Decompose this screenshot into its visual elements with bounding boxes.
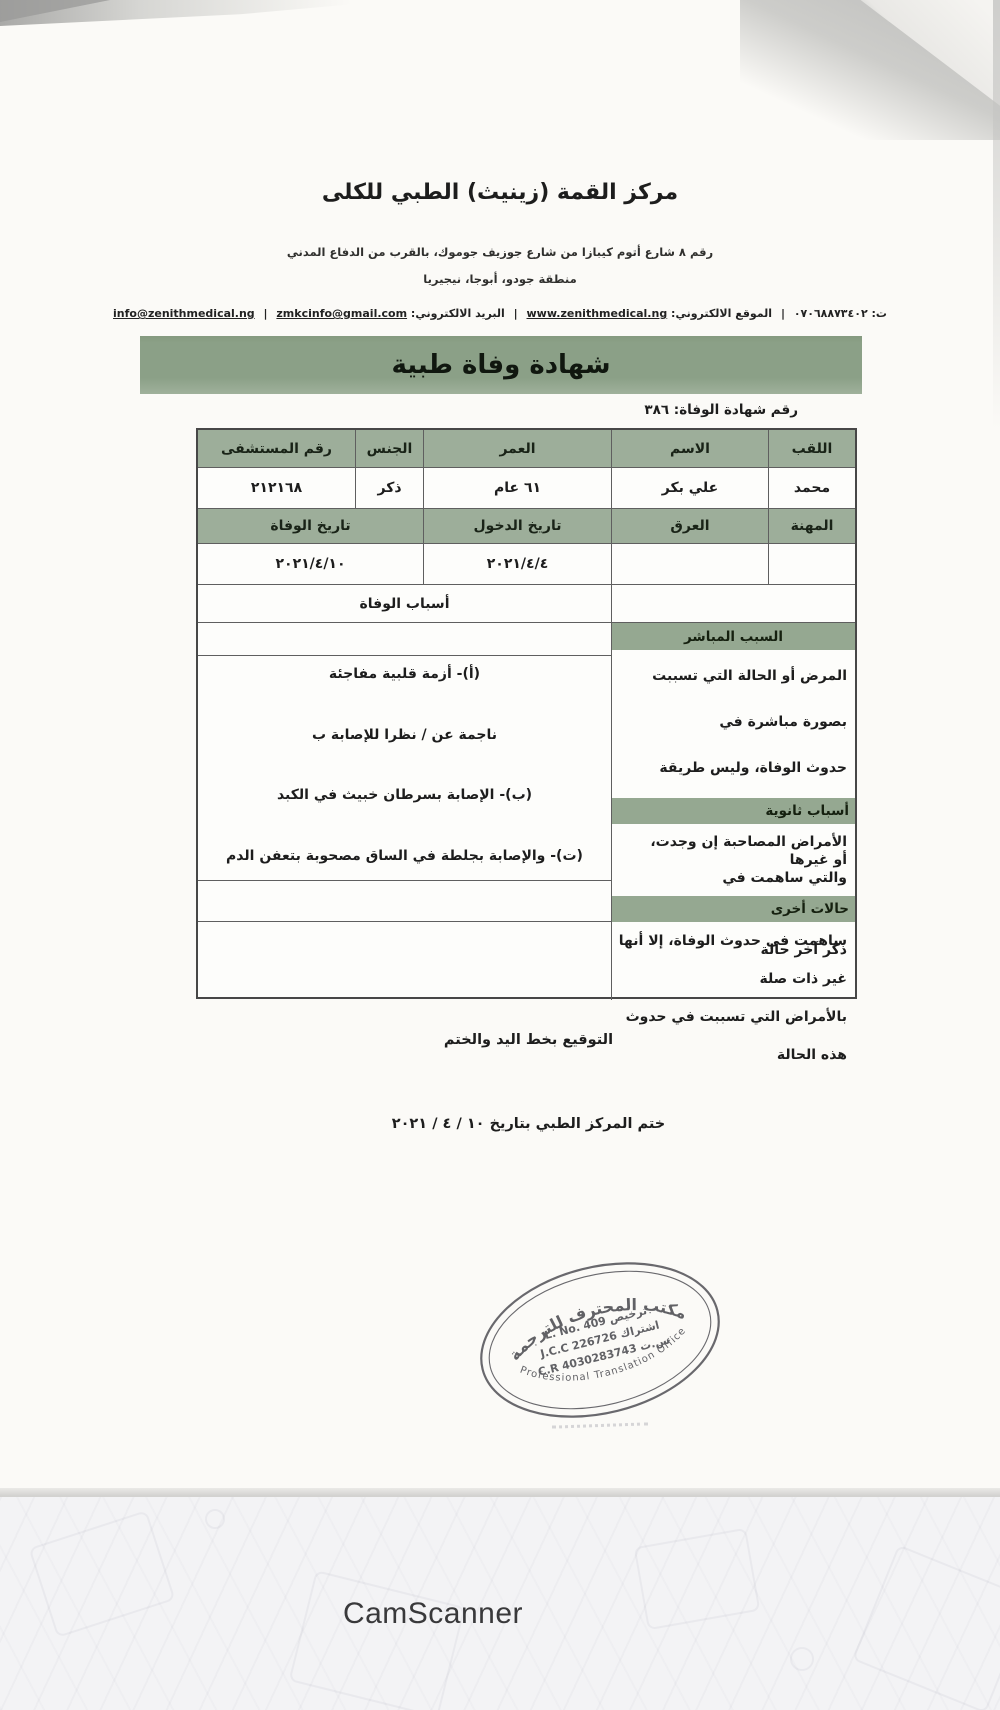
- header-age: العمر: [423, 430, 611, 467]
- other-conditions-description: ساهمت في حدوث الوفاة، إلا أنها غير ذات ص…: [612, 922, 855, 1000]
- value-death-date: ٢٠٢١/٤/١٠: [198, 544, 423, 584]
- translation-office-stamp: مكتب المحترف للترجمة L. No. 409 ترخيص J.…: [466, 1246, 734, 1430]
- camscanner-footer: CamScanner: [0, 1497, 1000, 1710]
- direct-cause-header: السبب المباشر: [612, 623, 855, 650]
- table-row-headers-2: المهنة العرق تاريخ الدخول تاريخ الوفاة: [198, 509, 855, 544]
- header-name: الاسم: [611, 430, 768, 467]
- direct-cause-description: المرض أو الحالة التي تسببت بصورة مباشرة …: [612, 650, 855, 798]
- causes-detail-area: السبب المباشر المرض أو الحالة التي تسببت…: [198, 623, 855, 997]
- cause-c: (ت)- والإصابة بجلطة في الساق مصحوبة بتعف…: [198, 848, 611, 864]
- table-row-values-1: محمد علي بكر ٦١ عام ذكر ٢١٢١٦٨: [198, 468, 855, 509]
- cause-entries-cell: (أ)- أزمة قلبية مفاجئة ناجمة عن / نظرا ل…: [198, 656, 611, 881]
- secondary-causes-header: أسباب ثانوية: [612, 798, 855, 824]
- clinic-phone: ت: ٠٧٠٦٨٨٧٣٤٠٢: [794, 307, 887, 320]
- header-death-date: تاريخ الوفاة: [198, 509, 423, 543]
- clinic-name: مركز القمة (زينيث) الطبي للكلى: [0, 180, 1000, 205]
- email-label: البريد الالكتروني:: [411, 307, 505, 320]
- document-title-bar: شهادة وفاة طبية: [140, 336, 862, 394]
- camscanner-watermark: CamScanner: [343, 1597, 523, 1631]
- background-doodle: [205, 1509, 225, 1529]
- secondary-causes-description: الأمراض المصاحبة إن وجدت، والتي ساهمت في…: [612, 824, 855, 896]
- value-surname: محمد: [768, 468, 855, 508]
- header-profession: المهنة: [768, 509, 855, 543]
- clinic-address-line1: رقم ٨ شارع أتوم كيبازا من شارع جوزيف جوم…: [0, 245, 1000, 259]
- background-doodle: [634, 1528, 761, 1631]
- clinic-website-link: www.zenithmedical.ng: [527, 307, 668, 320]
- value-age: ٦١ عام: [423, 468, 611, 508]
- cause-entries-column: (أ)- أزمة قلبية مفاجئة ناجمة عن / نظرا ل…: [198, 623, 611, 1000]
- cause-definitions-column: السبب المباشر المرض أو الحالة التي تسببت…: [611, 623, 855, 1000]
- header-sex: الجنس: [355, 430, 423, 467]
- clinic-email2-link: zmkcinfo@gmail.com: [276, 307, 407, 320]
- background-doodle: [288, 1570, 465, 1710]
- value-admission-date: ٢٠٢١/٤/٤: [423, 544, 611, 584]
- background-doodle: [790, 1647, 814, 1671]
- other-conditions-header: حالات أخرى: [612, 896, 855, 922]
- death-certificate-table: اللقب الاسم العمر الجنس رقم المستشفى محم…: [196, 428, 857, 999]
- value-hospital-no: ٢١٢١٦٨: [198, 468, 355, 508]
- value-name: علي بكر: [611, 468, 768, 508]
- website-label: الموقع الالكتروني:: [671, 307, 772, 320]
- scan-shadow-top-left: [0, 0, 400, 26]
- cause-empty-row-3: [198, 922, 611, 999]
- cause-empty-row: [198, 623, 611, 656]
- causes-of-death-title: أسباب الوفاة: [198, 585, 611, 622]
- scan-shadow-right-edge: [993, 0, 1000, 430]
- cause-a: (أ)- أزمة قلبية مفاجئة: [198, 666, 611, 682]
- paper-fold-top-right: [830, 0, 1000, 115]
- camscanner-page: مركز القمة (زينيث) الطبي للكلى رقم ٨ شار…: [0, 0, 1000, 1710]
- value-sex: ذكر: [355, 468, 423, 508]
- certificate-number: رقم شهادة الوفاة: ٣٨٦: [644, 402, 798, 418]
- header-hospital-no: رقم المستشفى: [198, 430, 355, 467]
- cause-b: (ب)- الإصابة بسرطان خبيث في الكبد: [198, 787, 611, 803]
- causes-of-death-row: أسباب الوفاة: [198, 585, 855, 623]
- value-ethnicity: [611, 544, 768, 584]
- causes-empty-cell: [611, 585, 855, 622]
- scanned-document: مركز القمة (زينيث) الطبي للكلى رقم ٨ شار…: [0, 0, 1000, 1497]
- value-profession: [768, 544, 855, 584]
- scan-shadow-top-left-corner: [0, 0, 110, 22]
- clinic-email-link: info@zenithmedical.ng: [113, 307, 255, 320]
- cause-due-to: ناجمة عن / نظرا للإصابة ب: [198, 727, 611, 743]
- table-row-headers-1: اللقب الاسم العمر الجنس رقم المستشفى: [198, 430, 855, 468]
- header-admission-date: تاريخ الدخول: [423, 509, 611, 543]
- scan-shadow-top-right: [740, 0, 1000, 140]
- header-ethnicity: العرق: [611, 509, 768, 543]
- clinic-address-line2: منطقة جودو، أبوجا، نيجيريا: [0, 272, 1000, 286]
- background-doodle: [852, 1545, 1000, 1710]
- background-doodle: [29, 1510, 176, 1638]
- stamp-date-note: ختم المركز الطبي بتاريخ ١٠ / ٤ / ٢٠٢١: [200, 1116, 857, 1132]
- cause-empty-row-2: [198, 881, 611, 922]
- signature-note: التوقيع بخط اليد والختم: [200, 1032, 857, 1048]
- clinic-contact-line: ت: ٠٧٠٦٨٨٧٣٤٠٢ | الموقع الالكتروني: www.…: [0, 307, 1000, 320]
- table-row-values-2: ٢٠٢١/٤/٤ ٢٠٢١/٤/١٠: [198, 544, 855, 585]
- header-surname: اللقب: [768, 430, 855, 467]
